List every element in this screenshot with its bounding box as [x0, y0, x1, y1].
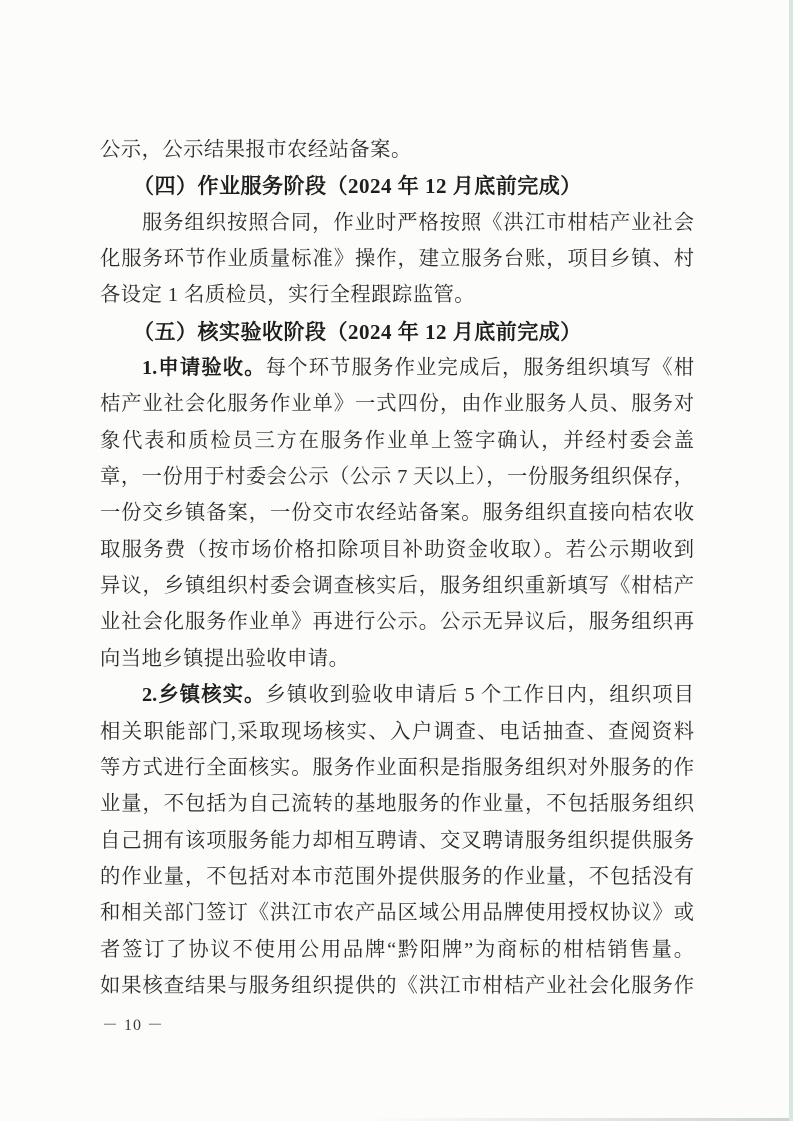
body-line-numbered-2: 2.乡镇核实。乡镇收到验收申请后 5 个工作日内，组织项目 [100, 677, 694, 713]
body-line: 的作业量，不包括对本市范围外提供服务的作业量，不包括没有 [100, 859, 694, 895]
body-line: 取服务费（按市场价格扣除项目补助资金收取）。若公示期收到 [100, 532, 694, 568]
body-line: 向当地乡镇提出验收申请。 [100, 641, 694, 677]
body-line: 自己拥有该项服务能力却相互聘请、交叉聘请服务组织提供服务 [100, 823, 694, 859]
body-line: 者签订了协议不使用公用品牌“黔阳牌”为商标的柑桔销售量。 [100, 932, 694, 968]
body-line-numbered-1: 1.申请验收。每个环节服务作业完成后，服务组织填写《柑 [100, 350, 694, 386]
body-line: 桔产业社会化服务作业单》一式四份，由作业服务人员、服务对 [100, 386, 694, 422]
body-line: 和相关部门签订《洪江市农产品区域公用品牌使用授权协议》或 [100, 895, 694, 931]
section-heading-5: （五）核实验收阶段（2024 年 12 月底前完成） [100, 314, 694, 350]
document-page: 公示，公示结果报市农经站备案。 （四）作业服务阶段（2024 年 12 月底前完… [0, 0, 793, 1121]
body-line-text: 乡镇收到验收申请后 5 个工作日内，组织项目 [265, 684, 694, 706]
body-line: 业社会化服务作业单》再进行公示。公示无异议后，服务组织再 [100, 604, 694, 640]
body-line: 相关职能部门,采取现场核实、入户调查、电话抽查、查阅资料 [100, 714, 694, 750]
section-heading-4: （四）作业服务阶段（2024 年 12 月底前完成） [100, 168, 694, 204]
body-line: 如果核查结果与服务组织提供的《洪江市柑桔产业社会化服务作 [100, 968, 694, 1004]
body-line: 化服务环节作业质量标准》操作，建立服务台账，项目乡镇、村 [100, 241, 694, 277]
body-line-text: 每个环节服务作业完成后，服务组织填写《柑 [266, 357, 694, 379]
body-line: 各设定 1 名质检员，实行全程跟踪监管。 [100, 277, 694, 313]
body-line: 业量，不包括为自己流转的基地服务的作业量，不包括服务组织 [100, 786, 694, 822]
numbered-item-lead: 2.乡镇核实。 [142, 684, 265, 706]
body-line: 象代表和质检员三方在服务作业单上签字确认，并经村委会盖 [100, 423, 694, 459]
body-line: 异议，乡镇组织村委会调查核实后，服务组织重新填写《柑桔产 [100, 568, 694, 604]
body-line: 章，一份用于村委会公示（公示 7 天以上），一份服务组织保存， [100, 459, 694, 495]
body-line: 等方式进行全面核实。服务作业面积是指服务组织对外服务的作 [100, 750, 694, 786]
scan-edge-artifact-right [789, 0, 793, 1121]
page-number: － 10 － [102, 1012, 164, 1035]
body-line: 公示，公示结果报市农经站备案。 [100, 132, 694, 168]
document-text-block: 公示，公示结果报市农经站备案。 （四）作业服务阶段（2024 年 12 月底前完… [100, 132, 694, 1004]
body-line: 服务组织按照合同，作业时严格按照《洪江市柑桔产业社会 [100, 205, 694, 241]
body-line: 一份交乡镇备案，一份交市农经站备案。服务组织直接向桔农收 [100, 495, 694, 531]
numbered-item-lead: 1.申请验收。 [142, 357, 266, 379]
